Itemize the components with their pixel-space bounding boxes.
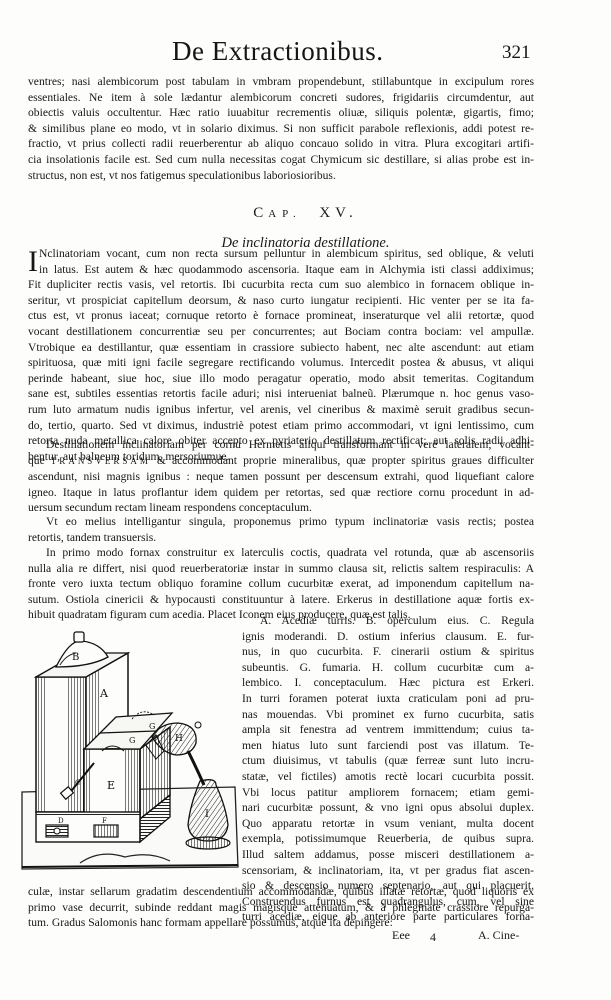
- text-line: igneo. Itaque in latus proflantur idem q…: [28, 485, 534, 501]
- text-line: Vbi locus patitur ampliorem fornacem; et…: [242, 785, 534, 801]
- text-line: nus, in quo cucurbita. F. cinerarii osti…: [242, 644, 534, 660]
- catchword: A. Cine-: [478, 928, 519, 943]
- text-line: in latus. Est autem & hæc quodammodo asc…: [39, 262, 534, 278]
- svg-text:B: B: [72, 652, 79, 663]
- text-line: Illud saltem addamus, posse misceri dest…: [242, 847, 534, 863]
- text-line: spirituosa, quæ miti igni facile segrega…: [28, 355, 534, 371]
- text-line: fractio, vt prius collecti radii reuerbe…: [28, 136, 534, 152]
- text-line: structus, non est, vt nos fatigemus spec…: [28, 168, 534, 184]
- text-line: culæ, instar sellarum gradatim descenden…: [28, 884, 534, 900]
- chapter-label-prefix: C: [253, 205, 268, 221]
- text-line: vocant destillationem concurrentiæ seu p…: [28, 324, 534, 340]
- text-line: ventres; nasi alembicorum post tabulam i…: [28, 74, 534, 90]
- text-line: sane est, subtiles essentias retortis fa…: [28, 386, 534, 402]
- chapter-label-smallcaps: AP.: [268, 208, 302, 220]
- text-fragment: & accommodant proprie mineralibus, quæ p…: [151, 454, 534, 467]
- text-line: subeuntis. G. fumaria. H. collum cucurbi…: [242, 660, 534, 676]
- svg-text:I: I: [205, 809, 209, 820]
- paragraph-primo-modo: In primo modo fornax construitur ex late…: [28, 545, 534, 623]
- text-line: perinde habeant, siue hoc, siue illo mod…: [28, 371, 534, 387]
- text-line: ascendunt, nisi magnis ignibus : neque t…: [28, 469, 534, 485]
- figure-caption: A. Acediæ turris. B. operculum eius. C. …: [242, 613, 534, 925]
- text-line: A. Acediæ turris. B. operculum eius. C. …: [242, 613, 534, 629]
- text-line: lembico. I. conceptaculum. Hæc pictura e…: [242, 675, 534, 691]
- text-line: nas mouendas. Vbi prominet ex furno cucu…: [242, 707, 534, 723]
- chapter-heading: CAP. XV.: [0, 205, 611, 222]
- chapter-numeral: XV.: [319, 205, 357, 221]
- text-fragment: que: [28, 454, 51, 467]
- text-line: ignis moderandi. D. ostium inferius clau…: [242, 629, 534, 645]
- paragraph-typum: Vt eo melius intelligantur singula, prop…: [28, 514, 534, 545]
- svg-text:A: A: [99, 687, 109, 700]
- text-line: scensoriam, & inclinatoriam, ita, vt per…: [242, 863, 534, 879]
- running-head: De Extractionibus. 321: [0, 36, 611, 70]
- text-line: essentiales. Ne item à sole lædantur ale…: [28, 90, 534, 106]
- text-line: Vt eo melius intelligantur singula, prop…: [28, 514, 534, 530]
- text-line: primo vase decurrit, subinde reddant mag…: [28, 900, 534, 916]
- text-line: men hiatus luto sunt farciendi post vas …: [242, 738, 534, 754]
- term-transuersam: TRANSVERSAM: [51, 456, 151, 466]
- svg-text:D: D: [58, 817, 64, 825]
- text-line: fronte vero iuxta tectum obliquo foramin…: [28, 576, 534, 592]
- text-line: nulla alia re differt, nisi quod reuerbe…: [28, 561, 534, 577]
- running-title: De Extractionibus.: [172, 36, 383, 67]
- text-line: In primo modo fornax construitur ex late…: [28, 545, 534, 561]
- text-line: sutum. Ostiola cinericii & hypocausti co…: [28, 592, 534, 608]
- signature-mark: Eee: [392, 928, 410, 943]
- text-line: Quo apparatu retortæ in vsum veniant, mu…: [242, 816, 534, 832]
- text-line: exempla, potissimumque Reuerberia, de qu…: [242, 831, 534, 847]
- svg-text:F: F: [102, 817, 107, 825]
- text-line: Fit dupliciter rectis vasis, vel retorti…: [28, 277, 534, 293]
- svg-text:G: G: [129, 736, 135, 745]
- page-number: 321: [502, 42, 531, 64]
- top-paragraph: ventres; nasi alembicorum post tabulam i…: [28, 74, 534, 183]
- text-line: ampla sit fenestra ad ventrem immittendu…: [242, 722, 534, 738]
- text-line: tum. Gradus Salomonis hanc formam appell…: [28, 915, 534, 931]
- book-page: De Extractionibus. 321 ventres; nasi ale…: [0, 0, 611, 1000]
- text-line: Nclinatoriam vocant, cum non recta sursu…: [39, 246, 534, 262]
- text-line: retortis, tandem transuersis.: [28, 530, 534, 546]
- text-line: nari cucurbitæ possunt, & vno igni opus …: [242, 800, 534, 816]
- drop-cap: I: [28, 248, 38, 276]
- text-line: ctus est, vt pronus iaceat; cornuque ret…: [28, 308, 534, 324]
- text-line: Destillationem inclinatoriam per cornu H…: [28, 437, 534, 453]
- text-line: ctum diuisimus, vt tabulis (quæ ferreæ s…: [242, 753, 534, 769]
- text-line: Vtrobique ea destillantur, quæ essentiam…: [28, 340, 534, 356]
- signature-number: 4: [430, 930, 436, 945]
- text-line: & similibus plane eo modo, vt in solario…: [28, 121, 534, 137]
- furnace-woodcut-figure: B A G G H E C D F I: [20, 627, 240, 875]
- svg-text:G: G: [149, 722, 155, 731]
- text-line: seritur, vt prospiciat capitellum deorsu…: [28, 293, 534, 309]
- text-line: do, tertio, quarto. Sed vt diximus, indu…: [28, 418, 534, 434]
- text-line: In turri foramen poterat iuxta craticula…: [242, 691, 534, 707]
- furnace-illustration-icon: B A G G H E C D F I: [20, 627, 240, 875]
- text-line: cia insolationis facile est. Sed cum nul…: [28, 152, 534, 168]
- tail-paragraph: culæ, instar sellarum gradatim descenden…: [28, 884, 534, 931]
- paragraph-transuersa: Destillationem inclinatoriam per cornu H…: [28, 437, 534, 516]
- svg-text:C: C: [75, 779, 80, 787]
- text-line: que TRANSVERSAM & accommodant proprie mi…: [28, 453, 534, 470]
- text-line: statæ, vel fictiles) amotis rectè locari…: [242, 769, 534, 785]
- text-line: obiectis valuis occultentur. Hæc ratio i…: [28, 105, 534, 121]
- svg-text:E: E: [107, 779, 115, 792]
- paragraph-inclinatoria: I Nclinatoriam vocant, cum non recta sur…: [28, 246, 534, 464]
- text-line: rum luto armatum nudis ignibus infertur,…: [28, 402, 534, 418]
- svg-text:H: H: [175, 734, 183, 744]
